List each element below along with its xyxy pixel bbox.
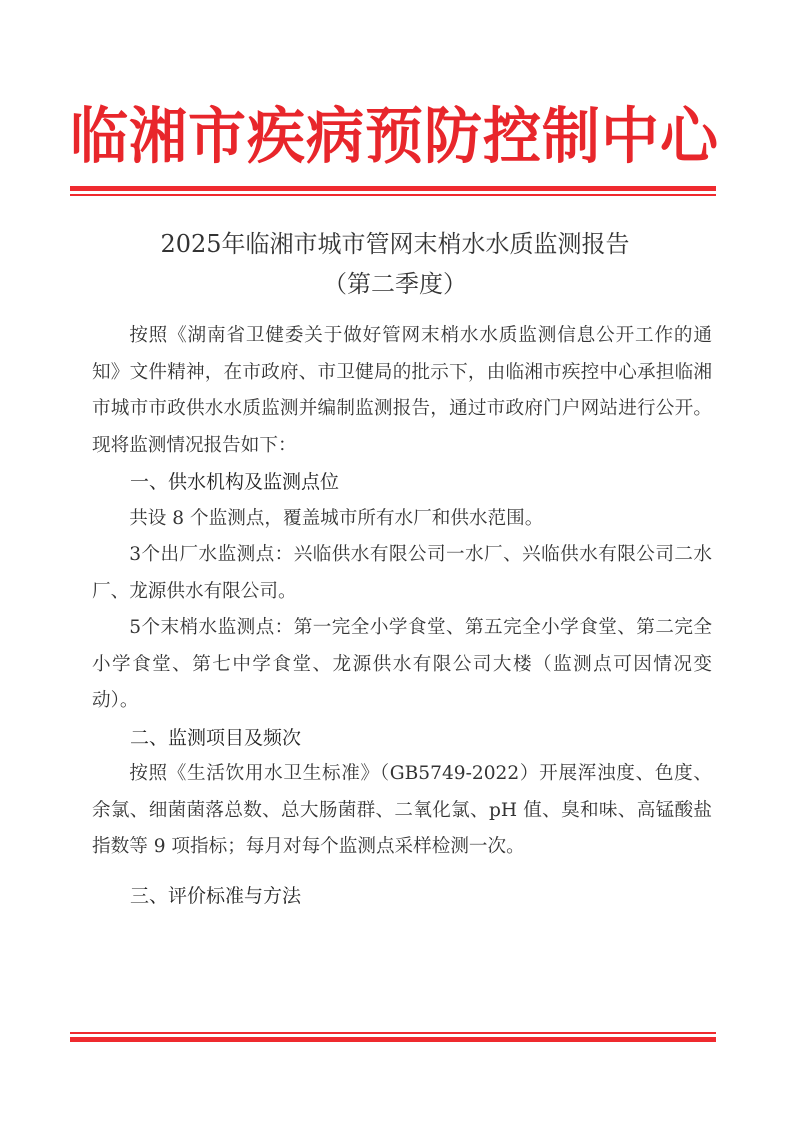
section1-paragraph: 共设 8 个监测点，覆盖城市所有水厂和供水范围。 xyxy=(92,501,712,538)
header-rule-thin xyxy=(70,194,716,196)
section1-paragraph: 5个末梢水监测点：第一完全小学食堂、第五完全小学食堂、第二完全小学食堂、第七中学… xyxy=(92,610,712,720)
header-rule-thick xyxy=(70,186,716,191)
section-heading-2: 二、监测项目及频次 xyxy=(92,720,712,757)
footer-rule-thick xyxy=(70,1037,716,1042)
report-subtitle: （第二季度） xyxy=(60,264,730,299)
footer-rule-thin xyxy=(70,1032,716,1034)
section1-paragraph: 3个出厂水监测点：兴临供水有限公司一水厂、兴临供水有限公司二水厂、龙源供水有限公… xyxy=(92,537,712,610)
report-body: 按照《湖南省卫健委关于做好管网末梢水水质监测信息公开工作的通知》文件精神，在市政… xyxy=(92,318,712,914)
letterhead-organization: 临湘市疾病预防控制中心 xyxy=(70,98,716,174)
report-title: 2025年临湘市城市管网末梢水水质监测报告 xyxy=(60,224,730,259)
section2-paragraph: 按照《生活饮用水卫生标准》（GB5749-2022）开展浑浊度、色度、余氯、细菌… xyxy=(92,756,712,866)
intro-paragraph: 按照《湖南省卫健委关于做好管网末梢水水质监测信息公开工作的通知》文件精神，在市政… xyxy=(92,318,712,464)
spacer xyxy=(92,866,712,878)
section-heading-1: 一、供水机构及监测点位 xyxy=(92,464,712,501)
section-heading-3: 三、评价标准与方法 xyxy=(92,878,712,915)
